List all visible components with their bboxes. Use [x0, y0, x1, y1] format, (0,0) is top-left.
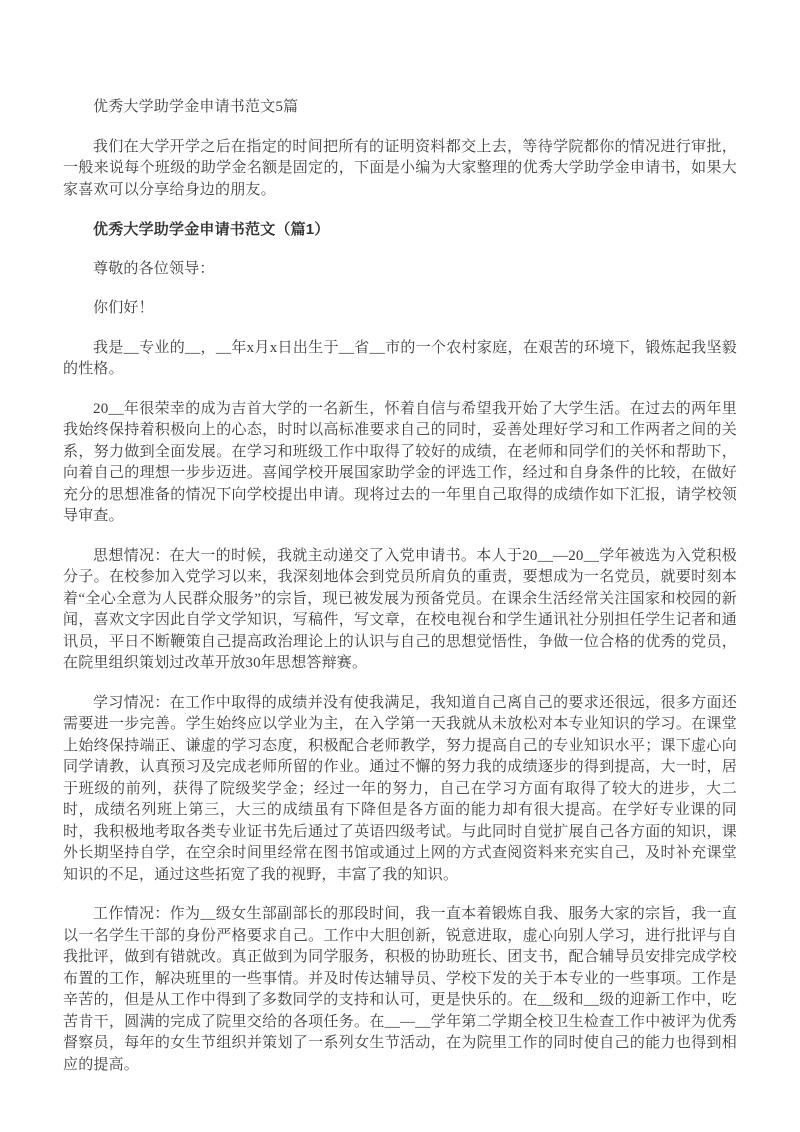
paragraph: 尊敬的各位领导：	[63, 259, 737, 281]
paragraph: 优秀大学助学金申请书范文5篇	[63, 97, 737, 119]
paragraph: 我们在大学开学之后在指定的时间把所有的证明资料都交上去，等待学院都你的情况进行审…	[63, 137, 737, 202]
paragraph: 我是__专业的__，__年x月x日出生于__省__市的一个农村家庭，在艰苦的环境…	[63, 338, 737, 381]
paragraph: 工作情况：作为__级女生部副部长的那段时间，我一直本着锻炼自我、服务大家的宗旨，…	[63, 904, 737, 1076]
document-body: 优秀大学助学金申请书范文5篇我们在大学开学之后在指定的时间把所有的证明资料都交上…	[63, 97, 737, 1076]
paragraph: 学习情况：在工作中取得的成绩并没有使我满足，我知道自己离自己的要求还很远，很多方…	[63, 693, 737, 887]
document-page: 优秀大学助学金申请书范文5篇我们在大学开学之后在指定的时间把所有的证明资料都交上…	[0, 0, 800, 1132]
paragraph: 思想情况：在大一的时候，我就主动递交了入党申请书。本人于20__—20__学年被…	[63, 546, 737, 675]
section-heading: 优秀大学助学金申请书范文（篇1）	[63, 219, 737, 241]
paragraph: 你们好！	[63, 298, 737, 320]
paragraph: 20__年很荣幸的成为吉首大学的一名新生，怀着自信与希望我开始了大学生活。在过去…	[63, 399, 737, 528]
